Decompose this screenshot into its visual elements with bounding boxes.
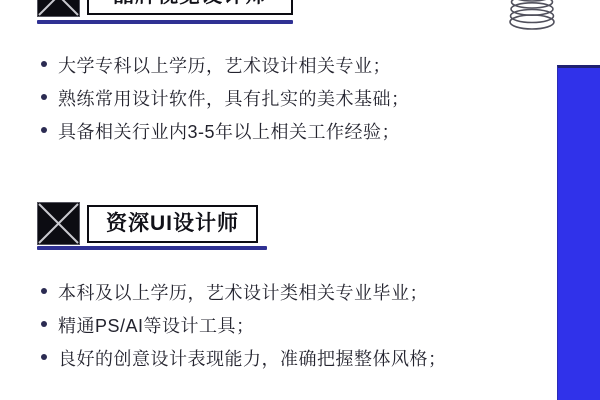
requirement-item: 熟练常用设计软件，具有扎实的美术基础； [40,89,560,110]
section-brand-visual-designer: 品牌视觉设计师 大学专科以上学历，艺术设计相关专业； 熟练常用设计软件，具有扎实… [0,0,600,400]
section-header: 资深UI设计师 [37,202,258,245]
requirements-list: 大学专科以上学历，艺术设计相关专业； 熟练常用设计软件，具有扎实的美术基础； 具… [40,56,560,155]
x-box-icon [37,0,80,17]
requirements-list: 本科及以上学历，艺术设计类相关专业毕业； 精通PS/AI等设计工具； 良好的创意… [40,283,560,382]
requirement-item: 本科及以上学历，艺术设计类相关专业毕业； [40,283,560,304]
section-title: 品牌视觉设计师 [87,0,293,15]
blue-side-panel [557,65,600,400]
header-underline [37,246,267,250]
requirement-item: 具备相关行业内3-5年以上相关工作经验； [40,122,560,143]
section-title: 资深UI设计师 [87,205,258,243]
x-box-icon [37,202,80,245]
coil-spring-icon [508,0,556,42]
requirement-item: 大学专科以上学历，艺术设计相关专业； [40,56,560,77]
section-senior-ui-designer: 资深UI设计师 本科及以上学历，艺术设计类相关专业毕业； 精通PS/AI等设计工… [0,0,600,400]
requirement-item: 精通PS/AI等设计工具； [40,316,560,337]
header-underline [37,20,293,24]
section-header: 品牌视觉设计师 [37,0,293,17]
requirement-item: 良好的创意设计表现能力，准确把握整体风格； [40,349,560,370]
